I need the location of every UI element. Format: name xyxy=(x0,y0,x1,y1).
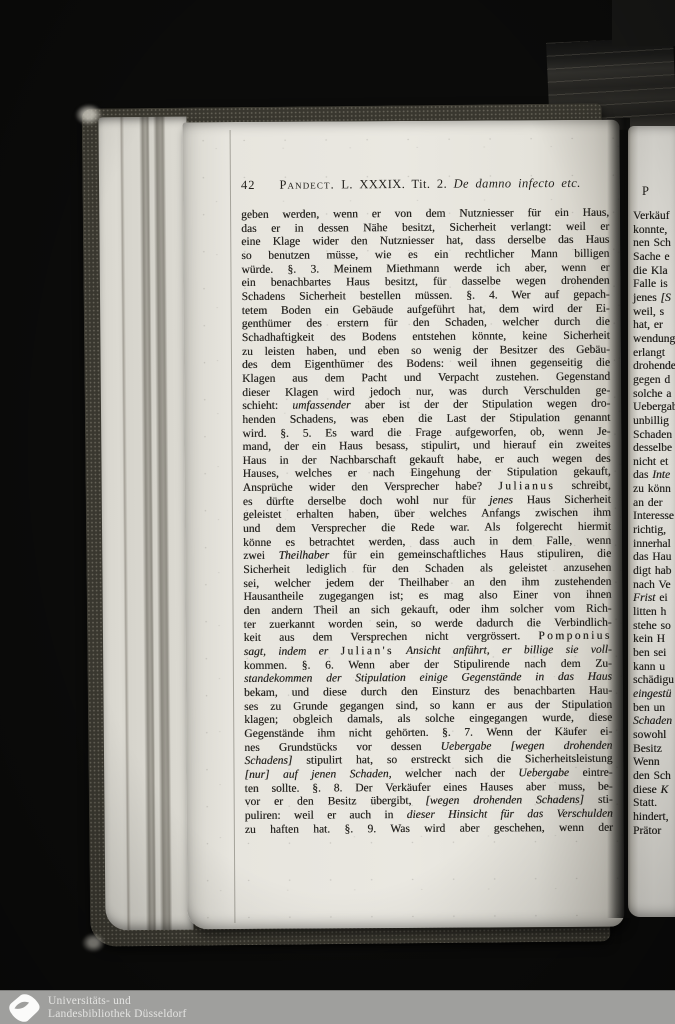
text-line: Wenn xyxy=(633,756,675,770)
text-line: die Kla xyxy=(633,265,675,279)
text-line: erlangt xyxy=(633,347,675,361)
page-number: 42 xyxy=(241,178,256,193)
text-line: unbillig xyxy=(633,415,675,429)
text-line: den Sch xyxy=(633,770,675,784)
left-page: 42 Pandect. L. XXXIX. Tit. 2. De damno i… xyxy=(183,120,625,930)
text-line: digt hab xyxy=(633,565,675,579)
text-line: Schaden xyxy=(633,429,675,443)
text-line: Verkäuf xyxy=(633,210,675,224)
text-line: nicht et xyxy=(633,456,675,470)
text-line: kann u xyxy=(633,661,675,675)
backdrop-corner-shade xyxy=(612,0,675,46)
ulb-dusseldorf-logo-icon xyxy=(7,994,41,1022)
running-header: 42 Pandect. L. XXXIX. Tit. 2. De damno i… xyxy=(241,176,580,194)
library-name-line2: Landesbibliothek Düsseldorf xyxy=(48,1008,187,1021)
text-line: solche a xyxy=(633,388,675,402)
text-line: sowohl xyxy=(633,729,675,743)
text-line: desselbe xyxy=(633,442,675,456)
text-line: hat, er xyxy=(633,319,675,333)
right-page-body: Verkäufkonnte,nen SchSache edie KlaFalle… xyxy=(633,210,675,838)
text-line: konnte, xyxy=(633,224,675,238)
text-line: jenes [S xyxy=(633,292,675,306)
text-line: an der xyxy=(633,497,675,511)
text-line: das Inte xyxy=(633,469,675,483)
text-line: Schaden xyxy=(633,715,675,729)
page-stack-edges xyxy=(98,117,193,931)
text-line: nen Sch xyxy=(633,237,675,251)
right-page-sliver: P Verkäufkonnte,nen SchSache edie KlaFal… xyxy=(628,126,675,917)
text-line: weil, s xyxy=(633,306,675,320)
gutter-shadow xyxy=(607,118,630,918)
text-line: nach Ve xyxy=(633,579,675,593)
text-line: Uebergab xyxy=(633,401,675,415)
text-line: diese K xyxy=(633,784,675,798)
library-name: Universitäts- und Landesbibliothek Düsse… xyxy=(48,995,187,1021)
text-line: Interesse xyxy=(633,510,675,524)
text-line: wendung xyxy=(633,333,675,347)
text-line: drohende xyxy=(633,360,675,374)
right-page-header-fragment: P xyxy=(642,184,650,199)
text-line: Prätor xyxy=(633,825,675,839)
text-line: ben sei xyxy=(633,647,675,661)
text-line: richtig, xyxy=(633,524,675,538)
text-line: Falle is xyxy=(633,278,675,292)
text-line: hindert, xyxy=(633,811,675,825)
header-title-caps: Pandect. xyxy=(279,177,334,191)
text-line: Besitz xyxy=(633,743,675,757)
text-line: stehe so xyxy=(633,620,675,634)
library-name-line1: Universitäts- und xyxy=(48,995,187,1008)
text-line: zu haften hat. §. 9. Was wird aber gesch… xyxy=(245,821,613,837)
left-page-body: geben werden, wenn er von dem Nutzniesse… xyxy=(241,207,613,837)
header-title-italic: De damno infecto etc. xyxy=(454,176,581,191)
cover-frayed-corner-bottom xyxy=(81,933,105,953)
text-line: Statt. xyxy=(633,797,675,811)
text-line: litten h xyxy=(633,606,675,620)
header-title: Pandect. L. XXXIX. Tit. 2. De damno infe… xyxy=(279,176,580,193)
text-line: eingestü xyxy=(633,688,675,702)
text-line: gegen d xyxy=(633,374,675,388)
underlying-page-edge-line xyxy=(230,130,236,923)
text-line: kein H xyxy=(633,633,675,647)
text-line: das Hau xyxy=(633,551,675,565)
text-line: ben un xyxy=(633,702,675,716)
text-line: Sache e xyxy=(633,251,675,265)
text-line: schädigu xyxy=(633,674,675,688)
text-line: innerhal xyxy=(633,538,675,552)
scanned-book-photo: 42 Pandect. L. XXXIX. Tit. 2. De damno i… xyxy=(0,0,675,1024)
text-line: zu könn xyxy=(633,483,675,497)
text-line: Frist ei xyxy=(633,592,675,606)
header-title-mid: L. XXXIX. Tit. 2. xyxy=(335,177,454,192)
library-footer-bar: Universitäts- und Landesbibliothek Düsse… xyxy=(0,990,675,1024)
